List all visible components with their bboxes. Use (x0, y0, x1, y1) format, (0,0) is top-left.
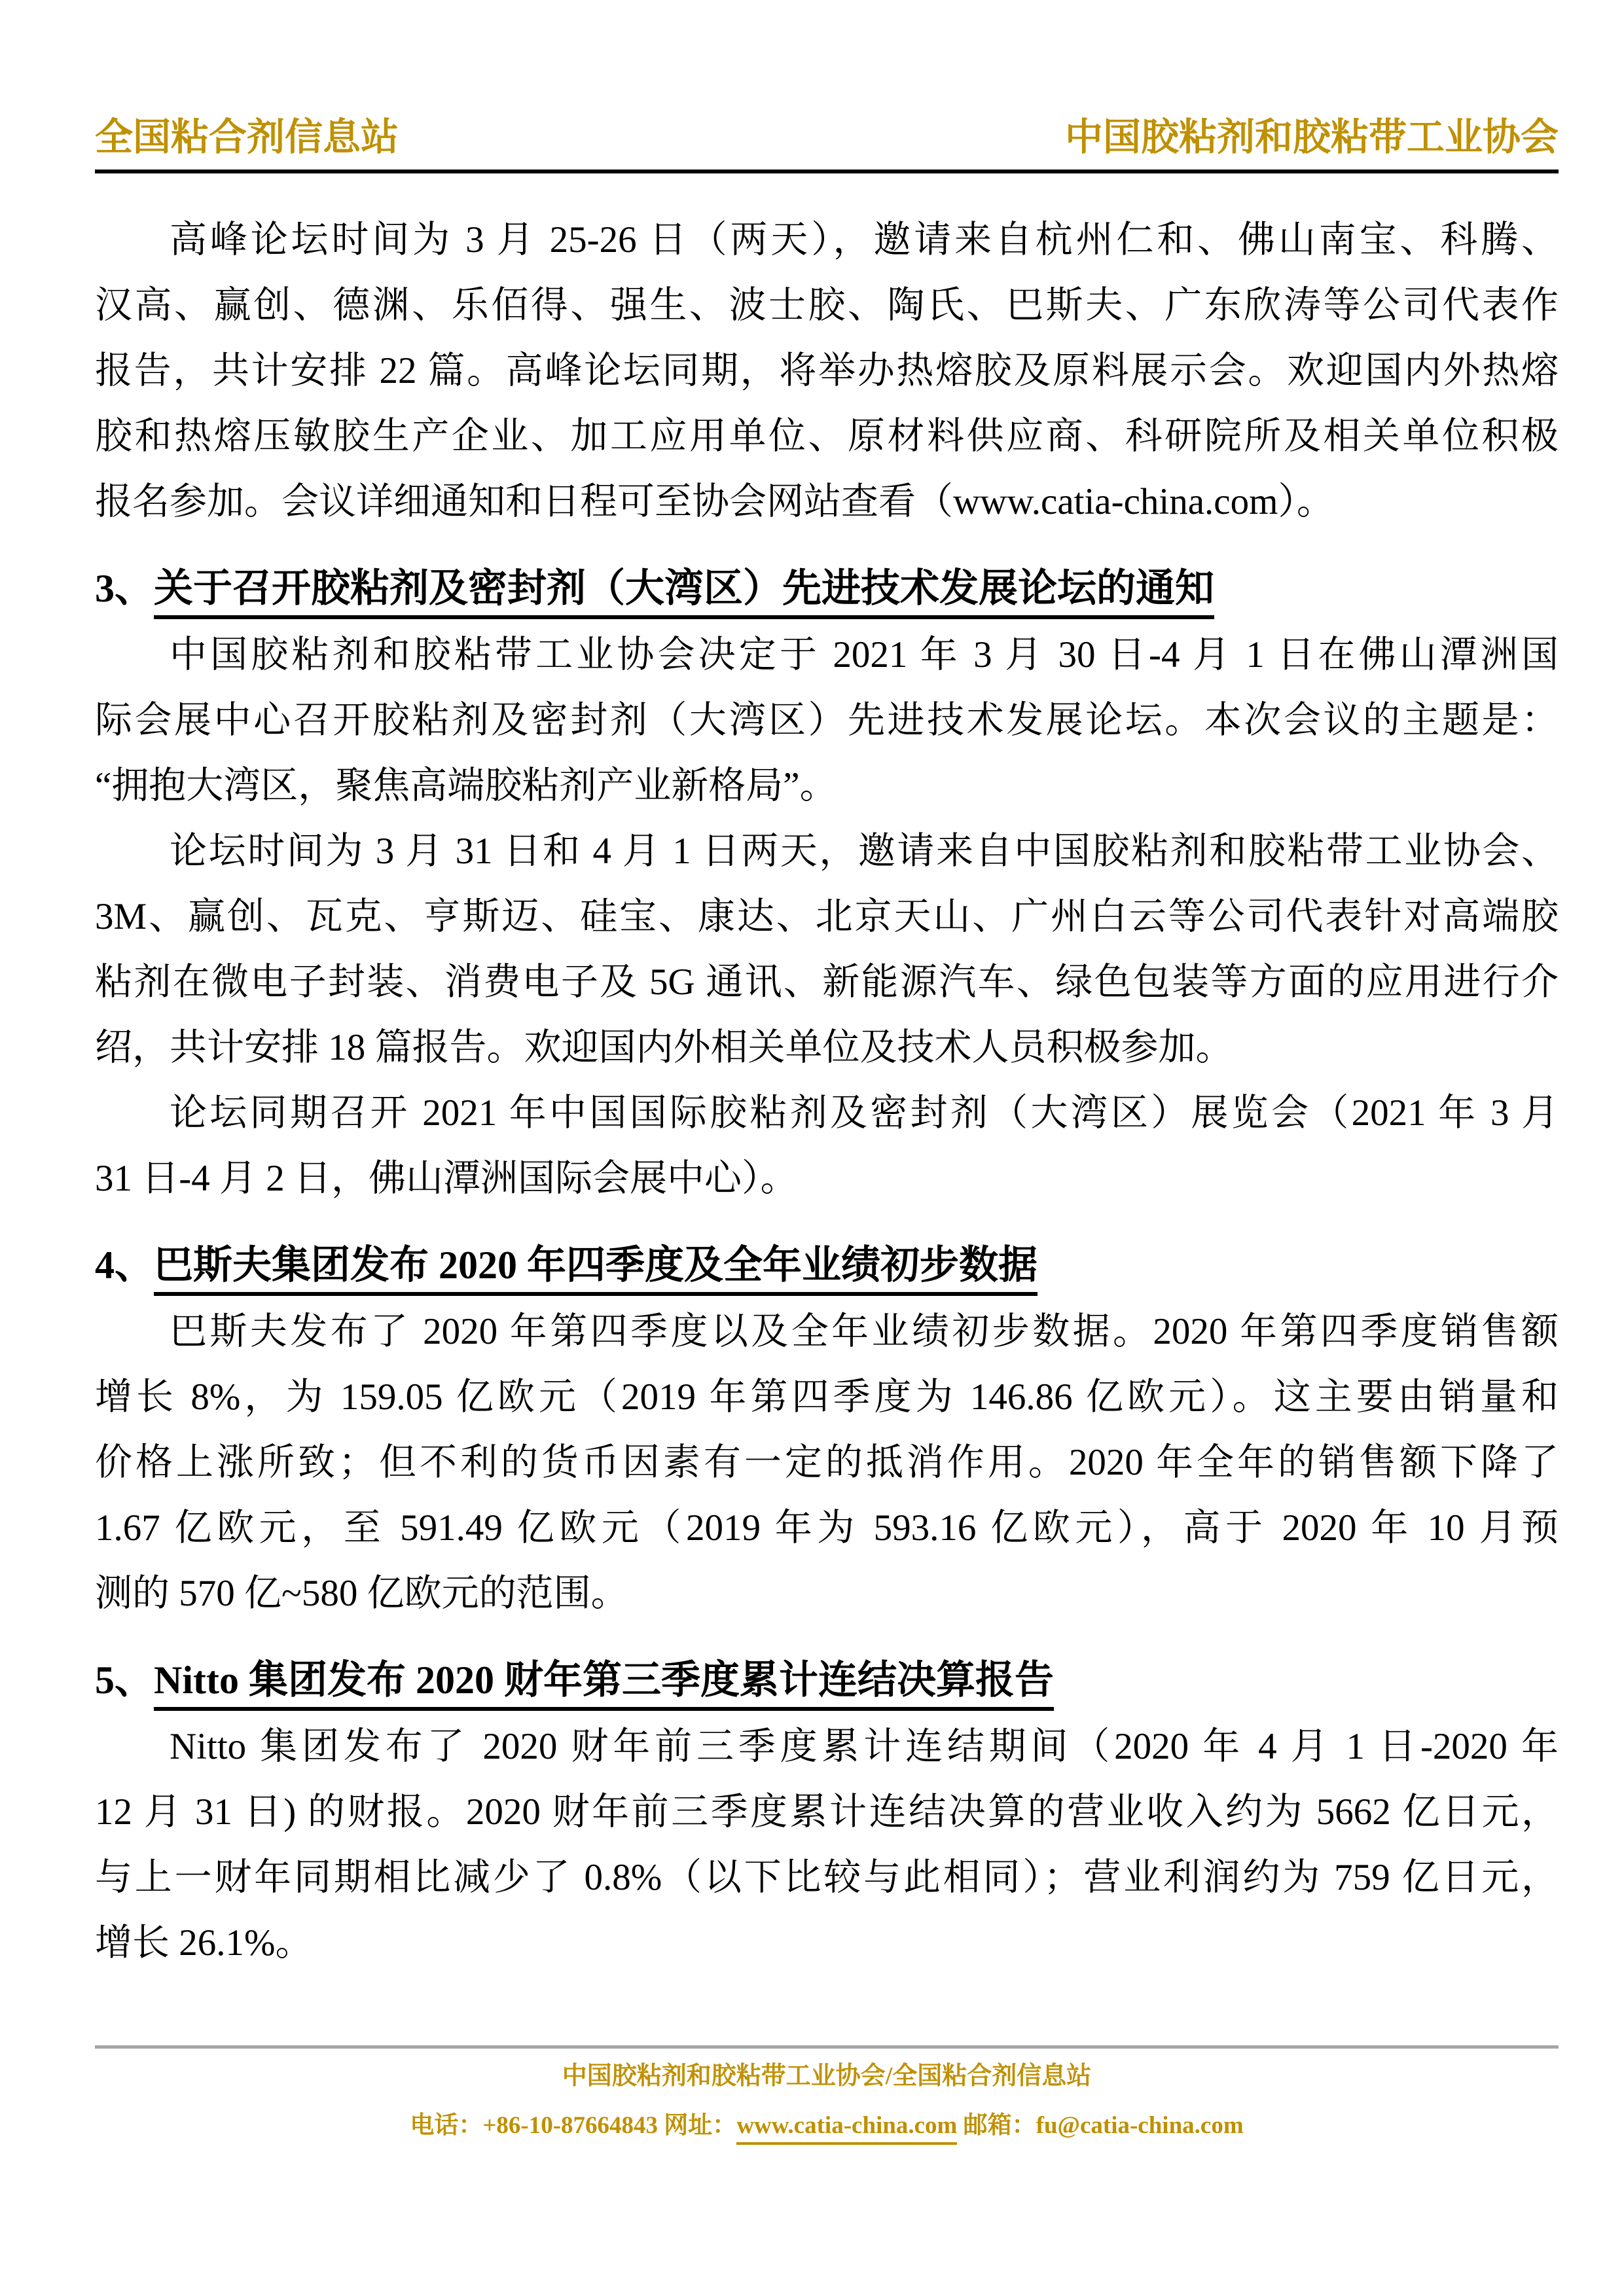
page-header: 全国粘合剂信息站 中国胶粘剂和胶粘带工业协会 (95, 115, 1559, 173)
section-title: 巴斯夫集团发布 2020 年四季度及全年业绩初步数据 (154, 1244, 1038, 1296)
section-heading: 3、关于召开胶粘剂及密封剂（大湾区）先进技术发展论坛的通知 (95, 556, 1559, 621)
page-footer: 中国胶粘剂和胶粘带工业协会/全国粘合剂信息站 电话：+86-10-8766484… (95, 2045, 1559, 2144)
footer-org-line: 中国胶粘剂和胶粘带工业协会/全国粘合剂信息站 (95, 2058, 1559, 2094)
text-line: 31 日-4 月 2 日，佛山潭洲国际会展中心）。 (95, 1146, 1559, 1211)
text-line: 粘剂在微电子封装、消费电子及 5G 通讯、新能源汽车、绿色包装等方面的应用进行介 (95, 950, 1559, 1015)
text-line: 巴斯夫发布了 2020 年第四季度以及全年业绩初步数据。2020 年第四季度销售… (95, 1299, 1559, 1365)
paragraph: Nitto 集团发布了 2020 财年前三季度累计连结期间（2020 年 4 月… (95, 1714, 1559, 1976)
text-line: 报名参加。会议详细通知和日程可至协会网站查看（www.catia-china.c… (95, 469, 1559, 535)
section-number: 4、 (95, 1244, 154, 1287)
text-line: 报告，共计安排 22 篇。高峰论坛同期，将举办热熔胶及原料展示会。欢迎国内外热熔 (95, 338, 1559, 404)
section-number: 5、 (95, 1659, 154, 1702)
paragraph: 论坛同期召开 2021 年中国国际胶粘剂及密封剂（大湾区）展览会（2021 年 … (95, 1081, 1559, 1211)
text-line: 中国胶粘剂和胶粘带工业协会决定于 2021 年 3 月 30 日-4 月 1 日… (95, 622, 1559, 688)
text-line: “拥抱大湾区，聚焦高端胶粘剂产业新格局”。 (95, 753, 1559, 819)
text-line: 3M、赢创、瓦克、亨斯迈、硅宝、康达、北京天山、广州白云等公司代表针对高端胶 (95, 884, 1559, 950)
text-line: 测的 570 亿~580 亿欧元的范围。 (95, 1561, 1559, 1626)
text-line: 论坛时间为 3 月 31 日和 4 月 1 日两天，邀请来自中国胶粘剂和胶粘带工… (95, 819, 1559, 884)
footer-contact-line: 电话：+86-10-87664843 网址：www.catia-china.co… (95, 2108, 1559, 2144)
text-line: 增长 8%，为 159.05 亿欧元（2019 年第四季度为 146.86 亿欧… (95, 1365, 1559, 1430)
text-line: 绍，共计安排 18 篇报告。欢迎国内外相关单位及技术人员积极参加。 (95, 1015, 1559, 1081)
text-line: 际会展中心召开胶粘剂及密封剂（大湾区）先进技术发展论坛。本次会议的主题是： (95, 688, 1559, 753)
text-line: 与上一财年同期相比减少了 0.8%（以下比较与此相同）；营业利润约为 759 亿… (95, 1845, 1559, 1910)
footer-contact-suffix: 邮箱：fu@catia-china.com (957, 2112, 1243, 2139)
text-line: Nitto 集团发布了 2020 财年前三季度累计连结期间（2020 年 4 月… (95, 1714, 1559, 1780)
header-left-title: 全国粘合剂信息站 (95, 115, 399, 160)
footer-contact-prefix: 电话：+86-10-87664843 网址： (410, 2112, 736, 2139)
footer-website-link[interactable]: www.catia-china.com (736, 2112, 957, 2145)
text-line: 增长 26.1%。 (95, 1910, 1559, 1976)
document-body: 高峰论坛时间为 3 月 25-26 日（两天），邀请来自杭州仁和、佛山南宝、科腾… (95, 207, 1559, 1976)
paragraph: 中国胶粘剂和胶粘带工业协会决定于 2021 年 3 月 30 日-4 月 1 日… (95, 622, 1559, 819)
paragraph: 高峰论坛时间为 3 月 25-26 日（两天），邀请来自杭州仁和、佛山南宝、科腾… (95, 207, 1559, 535)
section-heading: 4、巴斯夫集团发布 2020 年四季度及全年业绩初步数据 (95, 1232, 1559, 1298)
section-title: Nitto 集团发布 2020 财年第三季度累计连结决算报告 (154, 1659, 1054, 1711)
text-line: 胶和热熔压敏胶生产企业、加工应用单位、原材料供应商、科研院所及相关单位积极 (95, 404, 1559, 469)
text-line: 汉高、赢创、德渊、乐佰得、强生、波士胶、陶氏、巴斯夫、广东欣涛等公司代表作 (95, 273, 1559, 338)
text-line: 12 月 31 日) 的财报。2020 财年前三季度累计连结决算的营业收入约为 … (95, 1780, 1559, 1845)
text-line: 1.67 亿欧元，至 591.49 亿欧元（2019 年为 593.16 亿欧元… (95, 1496, 1559, 1561)
text-line: 价格上涨所致；但不利的货币因素有一定的抵消作用。2020 年全年的销售额下降了 (95, 1430, 1559, 1496)
section-title: 关于召开胶粘剂及密封剂（大湾区）先进技术发展论坛的通知 (154, 567, 1214, 619)
document-page: 全国粘合剂信息站 中国胶粘剂和胶粘带工业协会 高峰论坛时间为 3 月 25-26… (0, 0, 1624, 2296)
text-line: 论坛同期召开 2021 年中国国际胶粘剂及密封剂（大湾区）展览会（2021 年 … (95, 1081, 1559, 1146)
section-number: 3、 (95, 567, 154, 610)
header-right-title: 中国胶粘剂和胶粘带工业协会 (1065, 115, 1559, 160)
paragraph: 巴斯夫发布了 2020 年第四季度以及全年业绩初步数据。2020 年第四季度销售… (95, 1299, 1559, 1626)
section-heading: 5、Nitto 集团发布 2020 财年第三季度累计连结决算报告 (95, 1647, 1559, 1713)
paragraph: 论坛时间为 3 月 31 日和 4 月 1 日两天，邀请来自中国胶粘剂和胶粘带工… (95, 819, 1559, 1081)
text-line: 高峰论坛时间为 3 月 25-26 日（两天），邀请来自杭州仁和、佛山南宝、科腾… (95, 207, 1559, 273)
